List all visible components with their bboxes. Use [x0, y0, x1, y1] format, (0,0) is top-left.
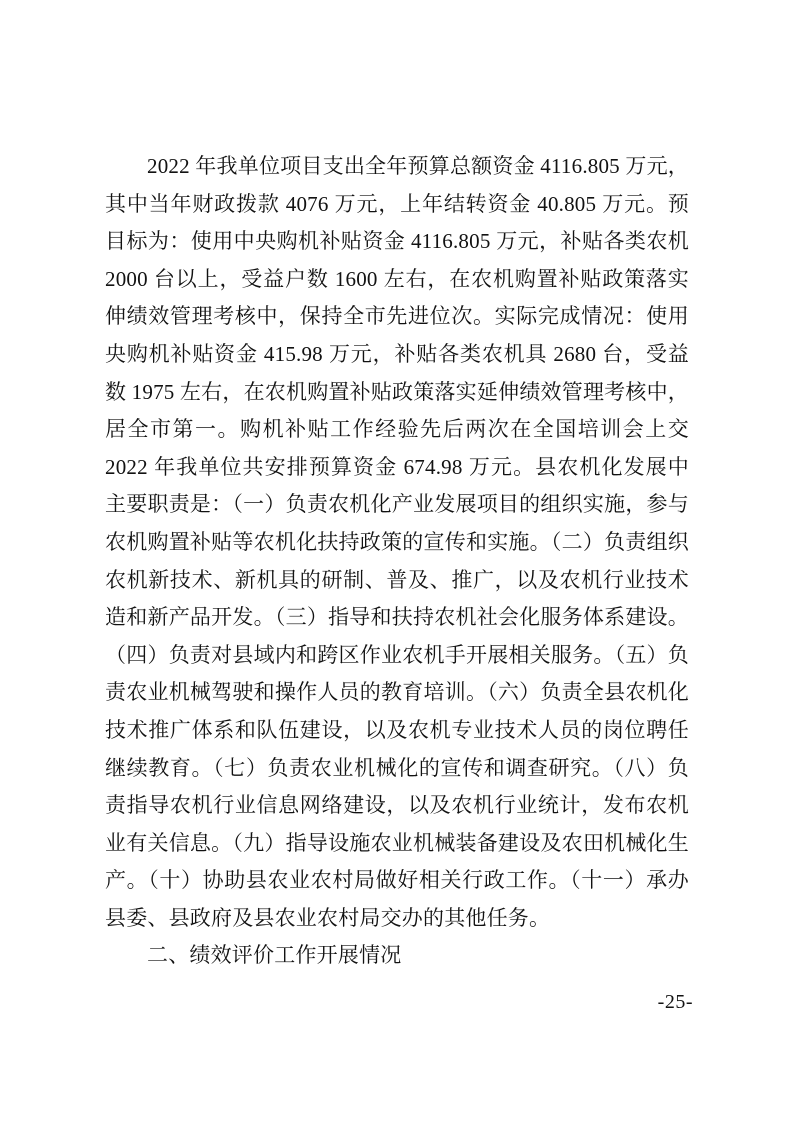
section-heading: 二、绩效评价工作开展情况 [105, 937, 689, 975]
text-line: 责农业机械驾驶和操作人员的教育培训。（六）负责全县农机化 [105, 674, 689, 712]
text-line: 2022 年我单位共安排预算资金 674.98 万元。县农机化发展中心 [105, 449, 689, 487]
text-line: 责指导农机行业信息网络建设，以及农机行业统计，发布农机行 [105, 787, 689, 825]
page-number: -25- [658, 990, 693, 1014]
text-line: 主要职责是：（一）负责农机化产业发展项目的组织实施，参与 [105, 486, 689, 524]
text-line: 农机购置补贴等农机化扶持政策的宣传和实施。（二）负责组织 [105, 524, 689, 562]
text-line: 2022 年我单位项目支出全年预算总额资金 4116.805 万元， [105, 148, 689, 186]
text-line: 伸绩效管理考核中，保持全市先进位次。实际完成情况：使用中 [105, 298, 689, 336]
text-line: 造和新产品开发。（三）指导和扶持农机社会化服务体系建设。 [105, 599, 689, 637]
text-line: 继续教育。（七）负责农业机械化的宣传和调查研究。（八）负 [105, 750, 689, 788]
body-text: 2022 年我单位项目支出全年预算总额资金 4116.805 万元，其中当年财政… [105, 148, 689, 975]
text-line: 技术推广体系和队伍建设，以及农机专业技术人员的岗位聘任和 [105, 712, 689, 750]
text-line: 2000 台以上，受益户数 1600 左右，在农机购置补贴政策落实延 [105, 261, 689, 299]
text-line: 产。（十）协助县农业农村局做好相关行政工作。（十一）承办 [105, 862, 689, 900]
text-line: 农机新技术、新机具的研制、普及、推广，以及农机行业技术改 [105, 562, 689, 600]
text-line: （四）负责对县域内和跨区作业农机手开展相关服务。（五）负 [105, 637, 689, 675]
text-line: 县委、县政府及县农业农村局交办的其他任务。 [105, 900, 689, 938]
document-page: 2022 年我单位项目支出全年预算总额资金 4116.805 万元，其中当年财政… [0, 0, 793, 1121]
text-line: 央购机补贴资金 415.98 万元，补贴各类农机具 2680 台，受益户 [105, 336, 689, 374]
text-line: 目标为：使用中央购机补贴资金 4116.805 万元，补贴各类农机具 [105, 223, 689, 261]
text-line: 数 1975 左右，在农机购置补贴政策落实延伸绩效管理考核中，位 [105, 374, 689, 412]
text-line: 其中当年财政拨款 4076 万元，上年结转资金 40.805 万元。预期 [105, 186, 689, 224]
text-line: 业有关信息。（九）指导设施农业机械装备建设及农田机械化生 [105, 825, 689, 863]
text-line: 居全市第一。购机补贴工作经验先后两次在全国培训会上交流。 [105, 411, 689, 449]
